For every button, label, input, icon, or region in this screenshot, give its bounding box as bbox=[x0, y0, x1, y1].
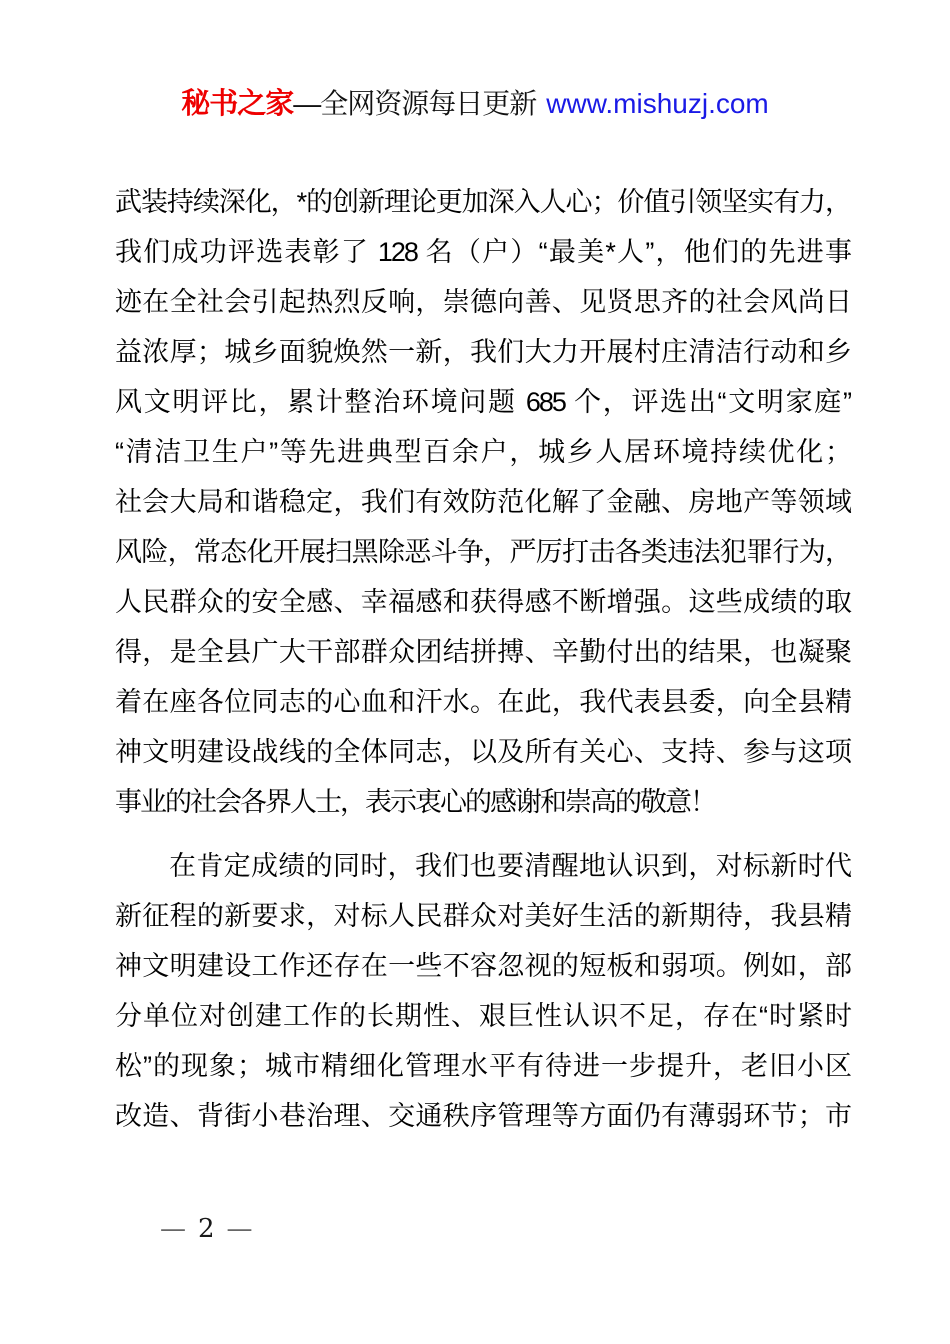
site-brand: 秘书之家 bbox=[181, 88, 293, 120]
body-line: 事业的社会各界人士，表示衷心的感谢和崇高的敬意！ bbox=[115, 777, 850, 827]
body-line: 我们成功评选表彰了 128 名（户）“最美*人”，他们的先进事 bbox=[115, 227, 850, 277]
page-footer: —2— bbox=[160, 1212, 253, 1246]
body-line: 着在座各位同志的心血和汗水。在此，我代表县委，向全县精 bbox=[115, 677, 850, 727]
body-line: 人民群众的安全感、幸福感和获得感不断增强。这些成绩的取 bbox=[115, 577, 850, 627]
footer-dash-left: — bbox=[160, 1214, 186, 1244]
body-line: 改造、背街小巷治理、交通秩序管理等方面仍有薄弱环节；市 bbox=[115, 1091, 850, 1141]
body-line: 神文明建设战线的全体同志，以及所有关心、支持、参与这项 bbox=[115, 727, 850, 777]
body-line: 得，是全县广大干部群众团结拼搏、辛勤付出的结果，也凝聚 bbox=[115, 627, 850, 677]
document-page: 秘书之家—全网资源每日更新www.mishuzj.com 武装持续深化，*的创新… bbox=[0, 0, 950, 1344]
body-line: “清洁卫生户”等先进典型百余户，城乡人居环境持续优化； bbox=[115, 427, 850, 477]
page-number: 2 bbox=[198, 1214, 215, 1244]
body-line: 新征程的新要求，对标人民群众对美好生活的新期待，我县精 bbox=[115, 891, 850, 941]
body-line: 风险，常态化开展扫黑除恶斗争，严厉打击各类违法犯罪行为， bbox=[115, 527, 850, 577]
paragraph: 在肯定成绩的同时，我们也要清醒地认识到，对标新时代新征程的新要求，对标人民群众对… bbox=[115, 841, 850, 1141]
body-line: 神文明建设工作还存在一些不容忽视的短板和弱项。例如，部 bbox=[115, 941, 850, 991]
body-line: 武装持续深化，*的创新理论更加深入人心；价值引领坚实有力， bbox=[115, 177, 850, 227]
body-line: 社会大局和谐稳定，我们有效防范化解了金融、房地产等领域 bbox=[115, 477, 850, 527]
document-body: 武装持续深化，*的创新理论更加深入人心；价值引领坚实有力，我们成功评选表彰了 1… bbox=[115, 177, 850, 1141]
footer-dash-right: — bbox=[227, 1214, 253, 1244]
body-line: 迹在全社会引起热烈反响，崇德向善、见贤思齐的社会风尚日 bbox=[115, 277, 850, 327]
body-line: 松”的现象；城市精细化管理水平有待进一步提升，老旧小区 bbox=[115, 1041, 850, 1091]
body-line: 在肯定成绩的同时，我们也要清醒地认识到，对标新时代 bbox=[115, 841, 850, 891]
paragraph: 武装持续深化，*的创新理论更加深入人心；价值引领坚实有力，我们成功评选表彰了 1… bbox=[115, 177, 850, 827]
site-tagline: —全网资源每日更新 bbox=[293, 88, 536, 119]
body-line: 分单位对创建工作的长期性、艰巨性认识不足，存在“时紧时 bbox=[115, 991, 850, 1041]
body-line: 风文明评比，累计整治环境问题 685 个，评选出“文明家庭” bbox=[115, 377, 850, 427]
site-header: 秘书之家—全网资源每日更新www.mishuzj.com bbox=[0, 84, 950, 129]
site-url-link[interactable]: www.mishuzj.com bbox=[546, 88, 768, 119]
body-line: 益浓厚；城乡面貌焕然一新，我们大力开展村庄清洁行动和乡 bbox=[115, 327, 850, 377]
